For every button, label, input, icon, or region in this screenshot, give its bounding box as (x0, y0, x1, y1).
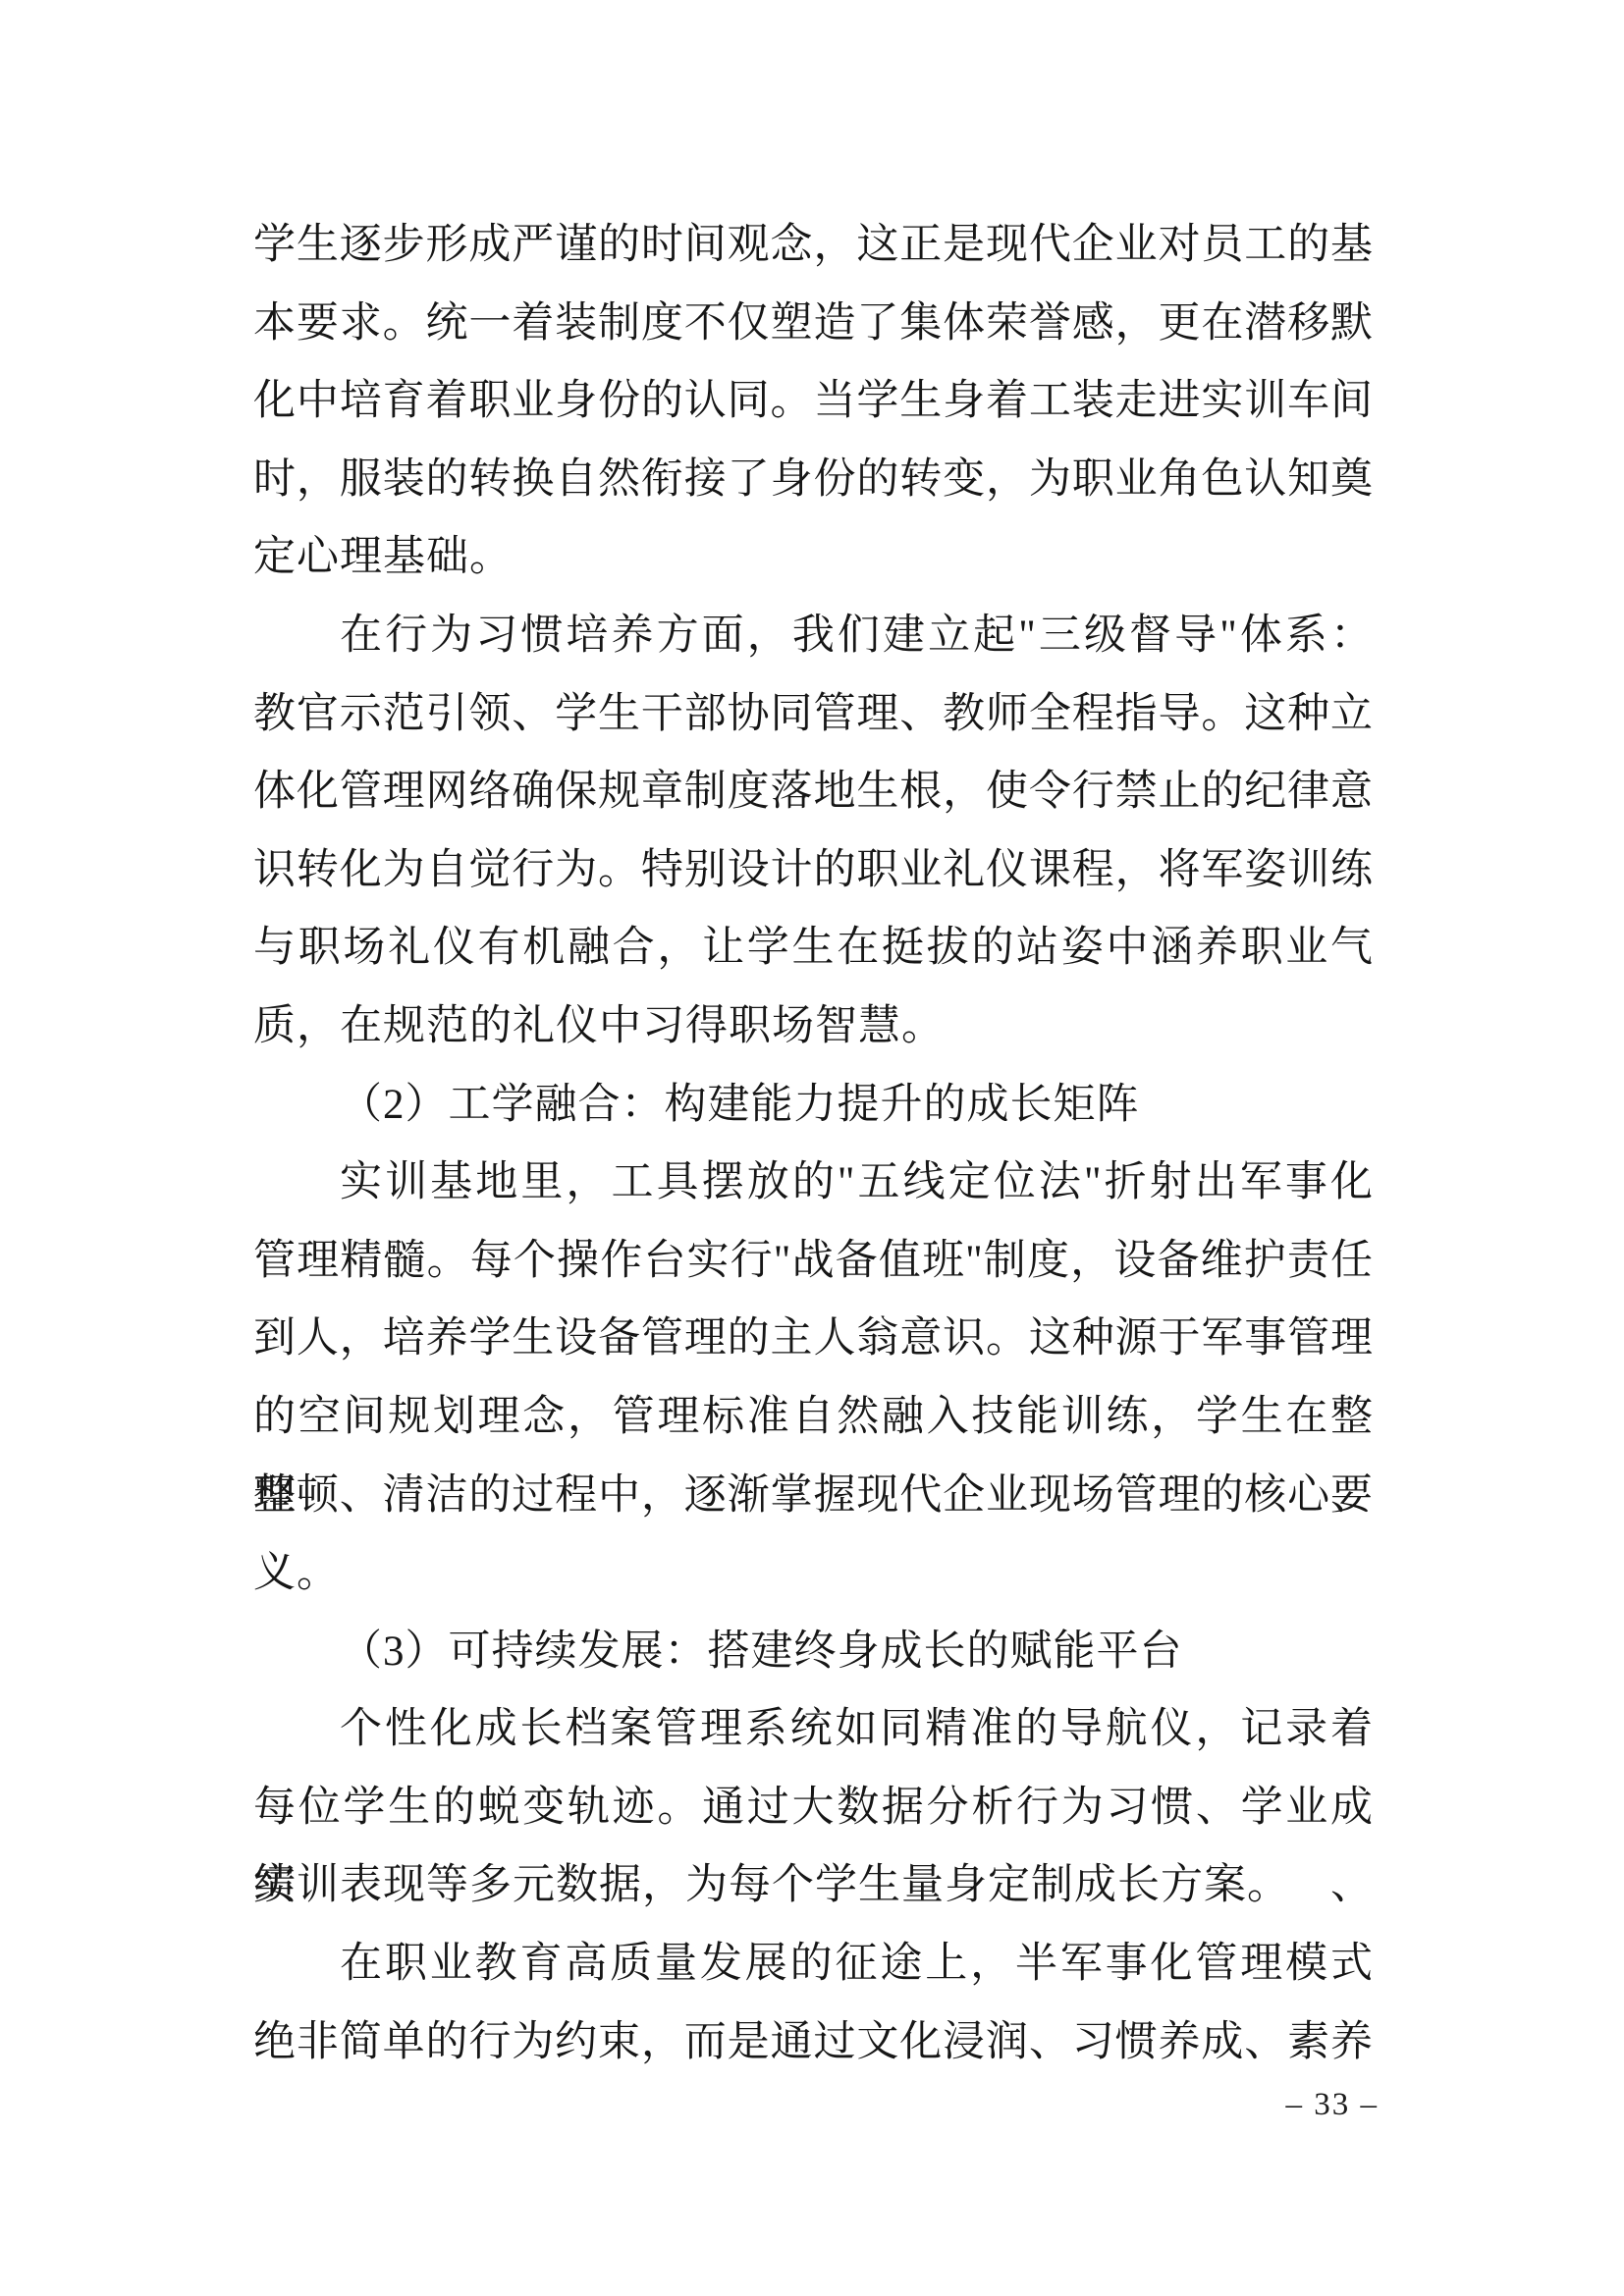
text-line: 在职业教育高质量发展的征途上，半军事化管理模式 (253, 1925, 1373, 2003)
text-line: 义。 (253, 1534, 1373, 1613)
text-line: 绝非简单的行为约束，而是通过文化浸润、习惯养成、素养 (253, 2003, 1373, 2082)
text-line: 个性化成长档案管理系统如同精准的导航仪，记录着 (253, 1690, 1373, 1769)
text-line: 实训基地里，工具摆放的"五线定位法"折射出军事化 (253, 1144, 1373, 1222)
document-page: 学生逐步形成严谨的时间观念，这正是现代企业对员工的基本要求。统一着装制度不仅塑造… (0, 0, 1624, 2296)
text-line: 在行为习惯培养方面，我们建立起"三级督导"体系： (253, 597, 1373, 675)
page-content: 学生逐步形成严谨的时间观念，这正是现代企业对员工的基本要求。统一着装制度不仅塑造… (253, 206, 1373, 2081)
page-number: – 33 – (1286, 2083, 1380, 2126)
text-line: 的空间规划理念，管理标准自然融入技能训练，学生在整理、 (253, 1378, 1373, 1457)
text-line: 化中培育着职业身份的认同。当学生身着工装走进实训车间 (253, 362, 1373, 441)
text-line: 到人，培养学生设备管理的主人翁意识。这种源于军事管理 (253, 1300, 1373, 1378)
text-line: 识转化为自觉行为。特别设计的职业礼仪课程，将军姿训练 (253, 831, 1373, 910)
text-line: 管理精髓。每个操作台实行"战备值班"制度，设备维护责任 (253, 1222, 1373, 1301)
text-line: 整顿、清洁的过程中，逐渐掌握现代企业现场管理的核心要 (253, 1457, 1373, 1535)
text-line: 质，在规范的礼仪中习得职场智慧。 (253, 988, 1373, 1066)
text-line: 本要求。统一着装制度不仅塑造了集体荣誉感，更在潜移默 (253, 285, 1373, 363)
text-line: 时，服装的转换自然衔接了身份的转变，为职业角色认知奠 (253, 441, 1373, 519)
heading-line: （3）可持续发展：搭建终身成长的赋能平台 (253, 1613, 1373, 1691)
text-line: 每位学生的蜕变轨迹。通过大数据分析行为习惯、学业成绩、 (253, 1769, 1373, 1847)
text-line: 与职场礼仪有机融合，让学生在挺拔的站姿中涵养职业气 (253, 909, 1373, 988)
heading-line: （2）工学融合：构建能力提升的成长矩阵 (253, 1066, 1373, 1145)
text-line: 实训表现等多元数据，为每个学生量身定制成长方案。 (253, 1846, 1373, 1925)
text-line: 定心理基础。 (253, 518, 1373, 597)
text-line: 教官示范引领、学生干部协同管理、教师全程指导。这种立 (253, 675, 1373, 754)
text-line: 学生逐步形成严谨的时间观念，这正是现代企业对员工的基 (253, 206, 1373, 285)
text-line: 体化管理网络确保规章制度落地生根，使令行禁止的纪律意 (253, 753, 1373, 831)
